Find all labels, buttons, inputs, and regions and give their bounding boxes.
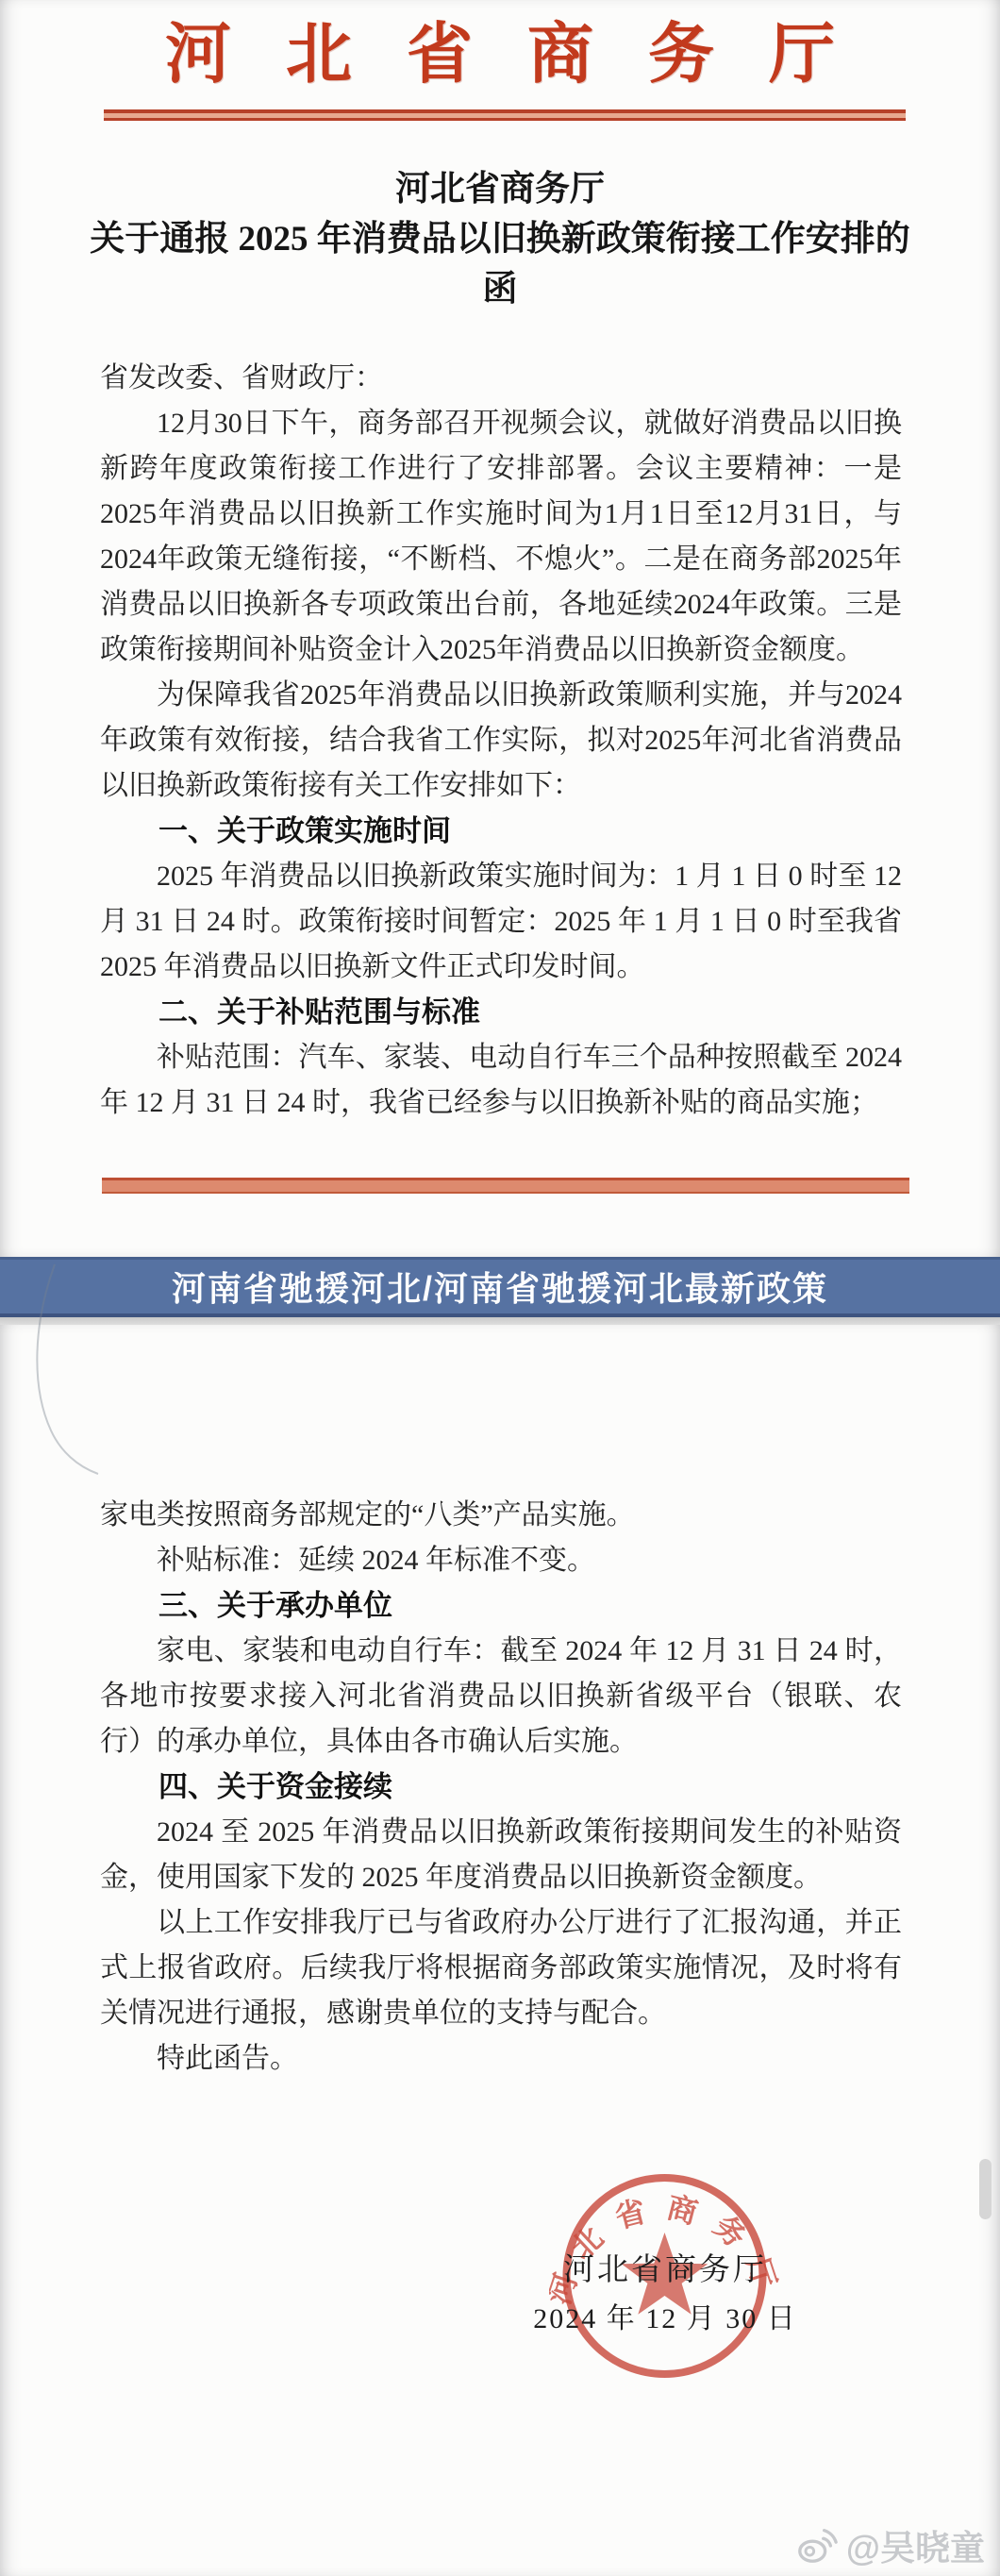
doc-paragraph: 12月30日下午，商务部召开视频会议，就做好消费品以旧换新跨年度政策衔接工作进行…: [100, 401, 902, 673]
document-body-page1: 省发改委、省财政厅：12月30日下午，商务部召开视频会议，就做好消费品以旧换新跨…: [100, 356, 902, 1126]
doc-heading: 四、关于资金接续: [100, 1765, 902, 1810]
banner-bottom-strip: [0, 1317, 1000, 1325]
news-banner-title: 河南省驰援河北/河南省驰援河北最新政策: [172, 1263, 828, 1311]
signature-date: 2024 年 12 月 30 日: [514, 2295, 816, 2336]
document-page-2: 家电类按照商务部规定的“八类”产品实施。补贴标准：延续 2024 年标准不变。三…: [0, 1325, 1000, 2576]
document-title-subject: 关于通报 2025 年消费品以旧换新政策衔接工作安排的函: [90, 220, 910, 309]
document-title: 河北省商务厅 关于通报 2025 年消费品以旧换新政策衔接工作安排的函: [85, 164, 915, 314]
agency-masthead: 河北省商务厅: [0, 0, 1000, 96]
doc-paragraph: 家电类按照商务部规定的“八类”产品实施。: [100, 1493, 902, 1538]
doc-heading: 一、关于政策实施时间: [100, 809, 902, 854]
doc-paragraph: 特此函告。: [100, 2036, 902, 2082]
doc-paragraph: 2025 年消费品以旧换新政策实施时间为：1 月 1 日 0 时至 12 月 3…: [100, 854, 902, 990]
document-page-1: 河北省商务厅 河北省商务厅 关于通报 2025 年消费品以旧换新政策衔接工作安排…: [0, 0, 1000, 1257]
screenshot-canvas: 河北省商务厅 河北省商务厅 关于通报 2025 年消费品以旧换新政策衔接工作安排…: [0, 0, 1000, 2576]
news-banner: 河南省驰援河北/河南省驰援河北最新政策: [0, 1257, 1000, 1317]
doc-paragraph: 省发改委、省财政厅：: [100, 356, 902, 401]
doc-heading: 三、关于承办单位: [100, 1583, 902, 1629]
watermark: @吴晓童: [795, 2519, 985, 2570]
doc-paragraph: 补贴范围：汽车、家装、电动自行车三个品种按照截至 2024 年 12 月 31 …: [100, 1035, 902, 1126]
doc-paragraph: 2024 至 2025 年消费品以旧换新政策衔接期间发生的补贴资金，使用国家下发…: [100, 1810, 902, 1900]
doc-paragraph: 为保障我省2025年消费品以旧换新政策顺利实施，并与2024年政策有效衔接，结合…: [100, 673, 902, 809]
doc-paragraph: 家电、家装和电动自行车：截至 2024 年 12 月 31 日 24 时，各地市…: [100, 1629, 902, 1765]
watermark-handle: @吴晓童: [846, 2519, 985, 2570]
doc-paragraph: 补贴标准：延续 2024 年标准不变。: [100, 1538, 902, 1583]
doc-heading: 二、关于补贴范围与标准: [100, 990, 902, 1035]
page-footer-rule: [102, 1178, 909, 1194]
document-body-page2: 家电类按照商务部规定的“八类”产品实施。补贴标准：延续 2024 年标准不变。三…: [0, 1325, 1000, 2082]
masthead-divider: [104, 109, 906, 121]
signature-org: 河北省商务厅: [528, 2245, 802, 2289]
scrollbar-thumb[interactable]: [979, 2159, 992, 2219]
doc-paragraph: 以上工作安排我厅已与省政府办公厅进行了汇报沟通，并正式上报省政府。后续我厅将根据…: [100, 1900, 902, 2036]
document-title-org: 河北省商务厅: [85, 164, 915, 214]
weibo-icon: [795, 2523, 839, 2567]
